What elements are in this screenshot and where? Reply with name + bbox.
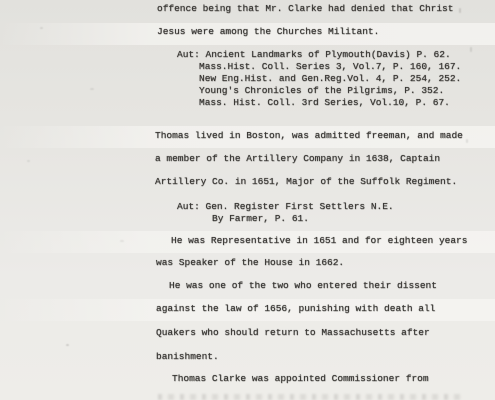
citation-line: New Eng.Hist. and Gen.Reg.Vol. 4, P. 254…: [199, 73, 461, 85]
text-line: Quakers who should return to Massachuset…: [156, 327, 430, 339]
text-line: He was one of the two who entered their …: [169, 280, 437, 292]
paper-smudge: [470, 47, 472, 52]
citation-line: Mass.Hist. Coll. Series 3, Vol.7, P. 160…: [199, 61, 461, 73]
paper-smudge: [40, 27, 43, 29]
text-line: banishment.: [156, 351, 219, 363]
cutoff-text-line: [158, 394, 463, 400]
citation-line: Aut: Ancient Landmarks of Plymouth(Davis…: [177, 49, 451, 61]
text-line: a member of the Artillery Company in 163…: [155, 153, 440, 165]
paper-smudge: [120, 240, 124, 242]
document-page: offence being that Mr. Clarke had denied…: [0, 0, 495, 400]
text-line: offence being that Mr. Clarke had denied…: [157, 3, 453, 15]
citation-line: Aut: Gen. Register First Settlers N.E.: [177, 201, 394, 213]
text-line: He was Representative in 1651 and for ei…: [171, 235, 467, 247]
citation-line: Mass. Hist. Coll. 3rd Series, Vol.10, P.…: [199, 97, 450, 109]
paper-smudge: [66, 344, 69, 346]
text-line: Thomas Clarke was appointed Commissioner…: [172, 373, 429, 385]
text-line: was Speaker of the House in 1662.: [156, 257, 344, 269]
paper-smudge: [90, 88, 94, 90]
paper-smudge: [466, 139, 468, 143]
text-line: Jesus were among the Churches Militant.: [157, 26, 379, 38]
text-line: against the law of 1656, punishing with …: [156, 303, 435, 315]
text-line: Thomas lived in Boston, was admitted fre…: [155, 130, 463, 142]
paper-smudge: [459, 8, 461, 13]
text-line: Artillery Co. in 1651, Major of the Suff…: [155, 176, 457, 188]
citation-line: By Farmer, P. 61.: [212, 213, 309, 225]
paper-smudge: [27, 160, 30, 162]
citation-line: Young's Chronicles of the Pilgrims, P. 3…: [199, 85, 444, 97]
